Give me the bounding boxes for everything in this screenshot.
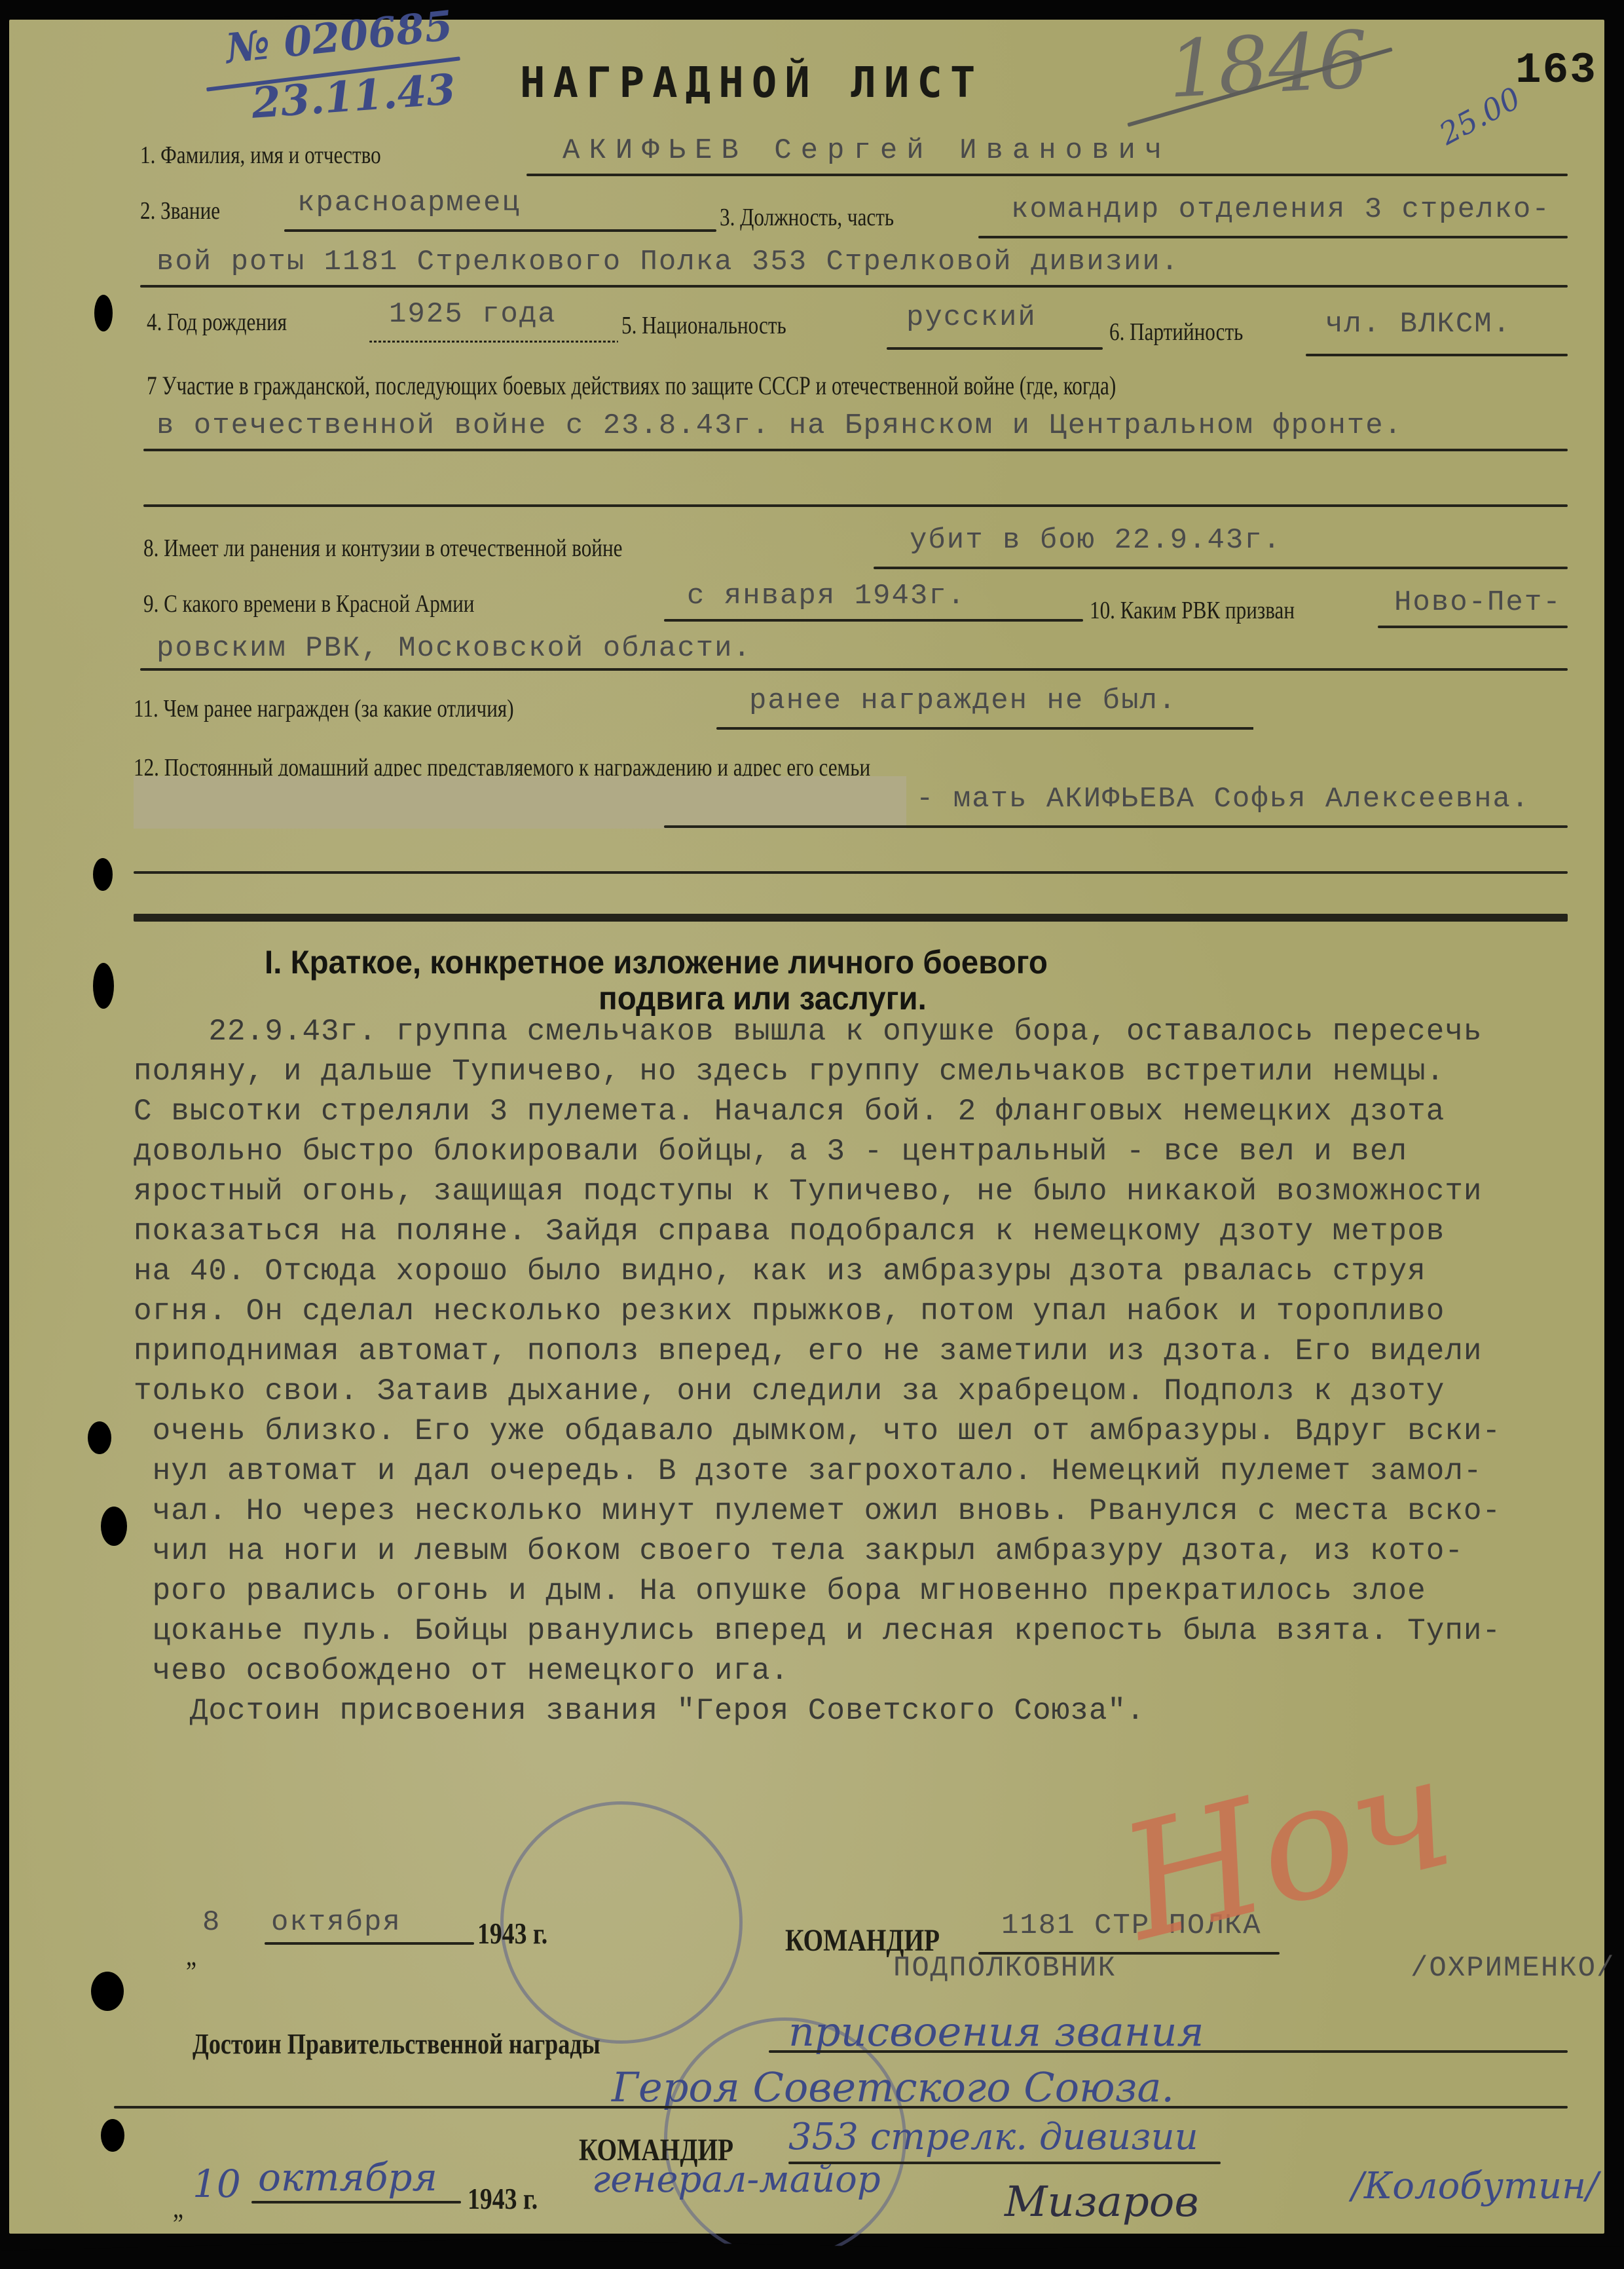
narrative-line: показаться на поляне. Зайдя справа подоб…	[134, 1212, 1501, 1252]
field-7-underline	[143, 449, 1568, 451]
document-title: НАГРАДНОЙ ЛИСТ	[520, 59, 983, 107]
corner-note: 25.00	[1433, 80, 1526, 152]
field-9-label: 9. С какого времени в Красной Армии	[143, 590, 474, 618]
narrative-line: С высотки стреляли 3 пулемета. Начался б…	[134, 1092, 1501, 1132]
page-number: 163	[1515, 46, 1597, 95]
sig1-commander-rank: ПОДПОЛКОВНИК	[893, 1952, 1116, 1985]
field-2-value: красноармеец	[297, 187, 521, 219]
field-12-underline	[664, 825, 1568, 828]
field-12-value: - мать АКИФЬЕВА Софья Алексеевна.	[916, 783, 1530, 816]
redacted-address-top	[1253, 727, 1568, 776]
sig2-commander-rank: генерал-майор	[592, 2158, 881, 2201]
sig1-date-month: октября	[271, 1906, 401, 1939]
field-7-underline-2	[143, 504, 1568, 507]
sig1-date-day: 8	[202, 1906, 221, 1939]
field-9-value: с января 1943г.	[687, 580, 966, 612]
section-separator	[134, 914, 1568, 922]
sig2-date-month: октября	[258, 2155, 437, 2200]
narrative-line: приподнимая автомат, пополз вперед, его …	[134, 1332, 1501, 1372]
narrative-line: рого рвались огонь и дым. На опушке бора…	[134, 1571, 1501, 1611]
field-5-underline	[887, 347, 1103, 350]
award-decision-label: Достоин Правительственной награды	[193, 2027, 600, 2061]
binder-hole	[91, 1972, 124, 2011]
section-heading-line1: I. Краткое, конкретное изложение личного…	[265, 943, 1048, 981]
narrative-line: только свои. Затаив дыхание, они следили…	[134, 1372, 1501, 1412]
field-3-value-cont: вой роты 1181 Стрелкового Полка 353 Стре…	[157, 246, 1179, 278]
narrative-line: на 40. Отсюда хорошо было видно, как из …	[134, 1252, 1501, 1292]
binder-hole	[88, 1421, 111, 1454]
field-6-label: 6. Партийность	[1109, 318, 1243, 347]
field-3-underline	[978, 236, 1568, 238]
field-9-underline	[664, 619, 1083, 622]
field-8-underline	[874, 567, 1568, 569]
field-1-label: 1. Фамилия, имя и отчество	[140, 141, 381, 170]
field-5-label: 5. Национальность	[621, 311, 786, 340]
field-3-label: 3. Должность, часть	[720, 203, 894, 232]
binder-hole	[94, 295, 113, 331]
award-sheet: № 020685 23.11.43 НАГРАДНОЙ ЛИСТ 1846 16…	[9, 20, 1604, 2234]
narrative-line: чил на ноги и левым боком своего тела за…	[134, 1531, 1501, 1571]
redacted-address	[134, 776, 906, 829]
field-12-underline-2	[134, 871, 1568, 874]
field-10-value-cont: ровским РВК, Московской области.	[157, 632, 752, 665]
field-7-value: в отечественной войне с 23.8.43г. на Бря…	[157, 409, 1403, 442]
field-10-label: 10. Каким РВК призван	[1090, 596, 1295, 625]
field-4-underline	[369, 341, 618, 343]
sig2-signature: Мизаров	[1005, 2178, 1199, 2226]
award-underline-2	[114, 2106, 1568, 2109]
award-underline-1	[769, 2050, 1568, 2053]
narrative-line: нул автомат и дал очередь. В дзоте загро…	[134, 1452, 1501, 1491]
narrative-line: очень близко. Его уже обдавало дымком, ч…	[134, 1412, 1501, 1452]
field-6-value: чл. ВЛКСМ.	[1325, 308, 1511, 341]
field-8-label: 8. Имеет ли ранения и контузии в отечест…	[143, 534, 622, 563]
field-3-value: командир отделения 3 стрелко-	[1011, 193, 1551, 226]
narrative-line: 22.9.43г. группа смельчаков вышла к опуш…	[134, 1012, 1501, 1052]
field-1-value: АКИФЬЕВ Сергей Иванович	[563, 134, 1171, 167]
sig2-date-day: 10	[193, 2162, 241, 2206]
narrative-line: довольно быстро блокировали бойцы, а 3 -…	[134, 1132, 1501, 1172]
binder-hole	[101, 2119, 124, 2152]
sig2-date-quote: „	[173, 2191, 183, 2224]
field-3-underline-cont	[140, 285, 1568, 288]
field-4-value: 1925 года	[389, 298, 557, 331]
sig1-date-underline	[265, 1942, 474, 1945]
field-10-underline	[1378, 626, 1568, 628]
sig2-date-underline	[251, 2201, 461, 2203]
red-signature: Ноч	[1105, 1718, 1469, 1976]
narrative-line: цоканье пуль. Бойцы рванулись вперед и л…	[134, 1611, 1501, 1651]
field-8-value: убит в бою 22.9.43г.	[910, 524, 1282, 557]
field-7-label: 7 Участие в гражданской, последующих бое…	[147, 370, 1116, 401]
sig2-commander-unit: 353 стрелк. дивизии	[788, 2116, 1198, 2158]
narrative-line: Достоин присвоения звания "Героя Советск…	[134, 1691, 1501, 1731]
sig2-date-year: 1943 г.	[468, 2181, 538, 2216]
field-2-underline	[284, 229, 716, 232]
binder-hole	[101, 1507, 127, 1546]
field-10-underline-cont	[140, 668, 1568, 671]
field-4-label: 4. Год рождения	[147, 308, 287, 337]
binder-hole	[93, 858, 113, 891]
sig1-date-year: 1943 г.	[477, 1916, 547, 1951]
narrative-text: 22.9.43г. группа смельчаков вышла к опуш…	[134, 1012, 1501, 1731]
sig1-date-quote: „	[186, 1939, 196, 1972]
archive-date: 23.11.43	[250, 65, 457, 128]
field-2-label: 2. Звание	[140, 197, 220, 225]
award-decision-value-1: присвоения звания	[788, 2008, 1204, 2055]
narrative-line: чал. Но через несколько минут пулемет ож…	[134, 1491, 1501, 1531]
field-1-underline	[526, 174, 1568, 176]
narrative-line: поляну, и дальше Тупичево, но здесь груп…	[134, 1052, 1501, 1092]
narrative-line: яростный огонь, защищая подступы к Тупич…	[134, 1172, 1501, 1212]
field-11-label: 11. Чем ранее награжден (за какие отличи…	[134, 694, 514, 723]
narrative-line: огня. Он сделал несколько резких прыжков…	[134, 1292, 1501, 1332]
field-10-value: Ново-Пет-	[1394, 586, 1562, 619]
sig2-commander-name: /Колобутин/	[1352, 2165, 1598, 2207]
narrative-line: чево освобождено от немецкого ига.	[134, 1651, 1501, 1691]
field-5-value: русский	[906, 301, 1037, 334]
field-6-underline	[1306, 354, 1568, 356]
field-11-value: ранее награжден не был.	[749, 684, 1177, 717]
award-decision-value-2: Героя Советского Союза.	[612, 2063, 1174, 2111]
sig1-commander-name: /ОХРИМЕНКО/	[1411, 1952, 1615, 1985]
binder-hole	[93, 963, 114, 1009]
